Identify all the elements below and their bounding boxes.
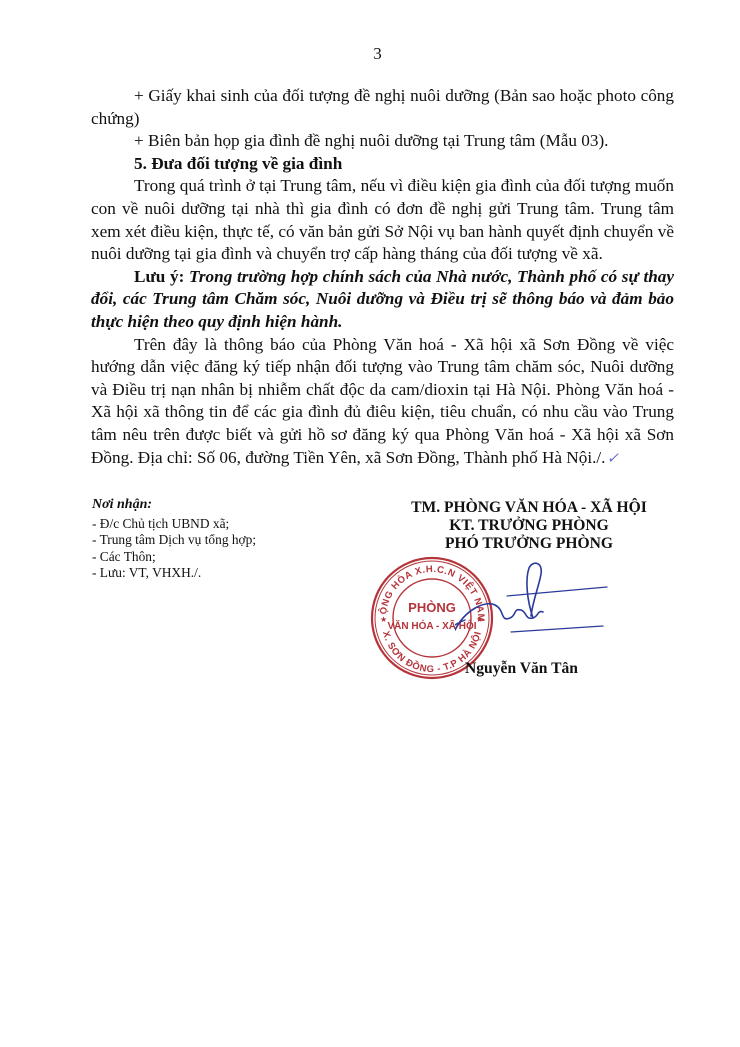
paragraph-family-meeting: + Biên bản họp gia đình đề nghị nuôi dưỡ… [91,130,674,153]
recipient-item: - Đ/c Chủ tịch UBND xã; [92,516,256,533]
recipient-item: - Trung tâm Dịch vụ tổng hợp; [92,532,256,549]
svg-text:★: ★ [380,615,387,624]
recipients-block: Nơi nhận: - Đ/c Chủ tịch UBND xã; - Trun… [92,497,256,582]
page-number: 3 [0,44,740,64]
signature-block: TM. PHÒNG VĂN HÓA - XÃ HỘI KT. TRƯỞNG PH… [370,499,688,553]
signature-title-line2: KT. TRƯỞNG PHÒNG [370,517,688,535]
recipients-title: Nơi nhận: [92,497,256,514]
signature-title-line1: TM. PHÒNG VĂN HÓA - XÃ HỘI [370,499,688,517]
section-heading: 5. Đưa đối tượng về gia đình [91,153,674,176]
closing-text: Trên đây là thông báo của Phòng Văn hoá … [91,335,674,467]
recipient-item: - Lưu: VT, VHXH./. [92,565,256,582]
paragraph-note: Lưu ý: Trong trường hợp chính sách của N… [91,266,674,334]
recipient-item: - Các Thôn; [92,549,256,566]
paragraph-closing: Trên đây là thông báo của Phòng Văn hoá … [91,334,674,471]
paragraph-birth-certificate: + Giấy khai sinh của đối tượng đề nghị n… [91,85,674,130]
signer-name: Nguyễn Văn Tân [465,660,578,678]
stamp-center-line1: PHÒNG [408,600,456,615]
paragraph-section-body: Trong quá trình ở tại Trung tâm, nếu vì … [91,175,674,265]
note-label: Lưu ý: [134,267,184,286]
handwritten-signature-icon [455,560,615,640]
signature-title-line3: PHÓ TRƯỞNG PHÒNG [370,535,688,553]
document-body: + Giấy khai sinh của đối tượng đề nghị n… [91,85,674,470]
checkmark-icon: ✓ [606,451,619,467]
